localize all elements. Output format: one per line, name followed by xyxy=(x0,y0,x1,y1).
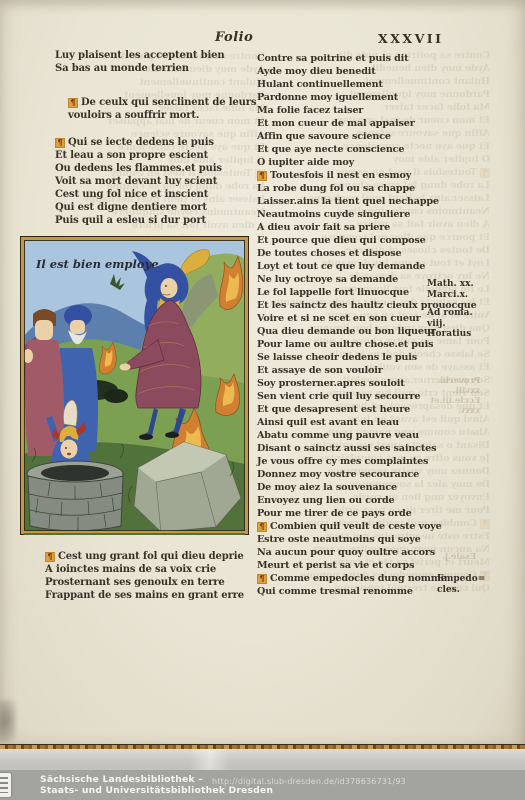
old-man-face xyxy=(70,320,85,334)
text-line: Neautmoins cuyde singuliere xyxy=(257,208,477,221)
text-line: Puis quil a esleu si dur port xyxy=(55,214,222,227)
text-line: vouloirs a souffrir mort. xyxy=(68,109,256,122)
margin-note-romans-chapter: viij. xyxy=(427,319,445,329)
digitized-manuscript-page: Contre sa poitrine et puis ditAyde moy d… xyxy=(0,0,525,800)
line-text: Sa bas au monde terrien xyxy=(55,63,189,74)
text-line: ¶Qui se iecte dedens le puis xyxy=(55,136,222,149)
line-text: Donnez moy vostre secourance xyxy=(257,469,419,480)
line-text: Na aucun pour quoy oultre accors xyxy=(257,547,435,558)
line-text: Le fol lappelle fort linuocque xyxy=(257,287,409,298)
line-text: Et assaye de son vouloir xyxy=(257,365,383,376)
line-text: Combien quil veult de ceste voye xyxy=(270,521,442,532)
text-line: Disant o sainctz aussi ses sainctes xyxy=(257,442,477,455)
ghost-line: Hulant continuellement xyxy=(60,76,265,89)
margin-note-mark: Marci.x. xyxy=(427,290,468,300)
line-text: Sen vient crie quil luy secourre xyxy=(257,391,420,402)
text-line: Contre sa poitrine et puis dit xyxy=(257,52,477,65)
paraph-mark: ¶ xyxy=(257,171,267,181)
line-text: Laisser.ains la tient quel nechappe xyxy=(257,196,439,207)
text-line: Hulant continuellement xyxy=(257,78,477,91)
ghost-margin-line: Eccle.iii.et xyxy=(430,396,480,406)
library-name-line2: Staats- und Universitätsbibliothek Dresd… xyxy=(40,785,273,796)
line-text: A ioinctes mains de sa voix crie xyxy=(45,564,216,575)
line-text: Qui se iecte dedens le puis xyxy=(68,137,214,148)
line-text: Qui comme tresmal renomme xyxy=(257,586,413,597)
text-line: Pour lame ou aultre chose.et puis xyxy=(257,338,477,351)
line-text: A dieu avoir fait sa priere xyxy=(257,222,390,233)
line-text: Disant o sainctz aussi ses sainctes xyxy=(257,443,436,454)
text-line: Affin que savoure science xyxy=(257,130,477,143)
text-line: Prosternant ses genoulx en terre xyxy=(45,576,244,589)
text-line: Et que aye necte conscience xyxy=(257,143,477,156)
folio-label: Folio xyxy=(215,30,253,45)
line-text: Hulant continuellement xyxy=(257,79,383,90)
margin-note-romans: Ad roma. xyxy=(427,308,473,318)
line-text: Et pource que dieu qui compose xyxy=(96,233,265,235)
line-text: De ceulx qui senclinent de leurs xyxy=(81,97,256,108)
margin-note-horatius: Horatius xyxy=(427,329,471,339)
left-column-intro: Luy plaisent les acceptent bienSa bas au… xyxy=(55,49,224,75)
line-text: Se laisse cheoir dedens le puis xyxy=(257,352,417,363)
paraph-mark: ¶ xyxy=(55,138,65,148)
line-text: O iupiter aide moy xyxy=(257,157,354,168)
text-line: ¶Combien quil veult de ceste voye xyxy=(257,520,477,533)
text-line: Envoyez ung lien ou corde xyxy=(257,494,477,507)
line-text: Meurt et perist sa vie et corps xyxy=(257,560,414,571)
text-line: A dieu avoir fait sa priere xyxy=(257,221,477,234)
line-text: Voire et si ne scet en son cueur xyxy=(257,313,421,324)
folio-number: XXXVII xyxy=(378,31,444,46)
text-line: Sa bas au monde terrien xyxy=(55,62,224,75)
left-column-verse-below-miniature: ¶Cest ung grant fol qui dieu deprieA ioi… xyxy=(45,550,244,602)
line-text: Contre sa poitrine et puis dit xyxy=(257,53,408,64)
line-text: Neautmoins cuyde singuliere xyxy=(257,209,410,220)
line-text: Et que aye necte conscience xyxy=(257,144,404,155)
text-line: ¶Cest ung grant fol qui dieu deprie xyxy=(45,550,244,563)
line-text: Proverbi. xyxy=(437,376,481,386)
text-line: Et pource que dieu qui compose xyxy=(257,234,477,247)
text-line: Cest ung fol nice et inscient xyxy=(55,188,222,201)
text-line: Frappant de ses mains en grant erre xyxy=(45,589,244,602)
line-text: xxxv. xyxy=(458,406,480,416)
line-text: Luy plaisent les acceptent bien xyxy=(55,50,224,61)
paraph-mark: ¶ xyxy=(480,519,490,529)
miniature-scene: Il est bien employe xyxy=(20,236,249,535)
line-text: Affin que savoure science xyxy=(257,131,391,142)
line-text: Voit sa mort devant luy scient xyxy=(55,176,217,187)
left-column-verse: ¶Qui se iecte dedens le puisEt leau a so… xyxy=(55,136,222,227)
digital-collection-url: http://digital.slub-dresden.de/id3786367… xyxy=(212,777,406,786)
ghost-margin-line: xxviii. xyxy=(430,386,480,396)
fool-face xyxy=(61,440,78,459)
text-line: La robe dung fol ou sa chappe xyxy=(257,182,477,195)
paraph-mark: ¶ xyxy=(68,98,78,108)
text-line: Je vous offre cy mes complaintes xyxy=(257,455,477,468)
ghost-margin-line: xxxv. xyxy=(430,406,480,416)
paraph-mark: ¶ xyxy=(480,168,490,178)
background-cloth xyxy=(0,749,525,770)
line-text: Pour lame ou aultre chose.et puis xyxy=(257,339,433,350)
line-text: Pardonne moy iguellement xyxy=(257,92,398,103)
line-text: Puis quil a esleu si dur port xyxy=(55,215,206,226)
paraph-mark: ¶ xyxy=(257,522,267,532)
text-line: Ayde moy dieu benedit xyxy=(257,65,477,78)
paraph-mark: ¶ xyxy=(45,552,55,562)
page-shadow xyxy=(0,700,16,742)
line-text: Loyt et tout ce que luy demande xyxy=(257,261,425,272)
text-line: O iupiter aide moy xyxy=(257,156,477,169)
text-line: Pardonne moy iguellement xyxy=(257,91,477,104)
line-text: Ma folie facez taiser xyxy=(257,105,363,116)
text-line: De moy aiez la souvenance xyxy=(257,481,477,494)
line-text: La robe dung fol ou sa chappe xyxy=(257,183,415,194)
text-line: Se laisse cheoir dedens le puis xyxy=(257,351,477,364)
line-text: Hulant continuellement xyxy=(139,77,265,88)
jester-face xyxy=(161,278,178,298)
text-line: Et leau a son propre escient xyxy=(55,149,222,162)
text-line: Donnez moy vostre secourance xyxy=(257,468,477,481)
line-text: Abatu comme ung pauvre veau xyxy=(257,430,419,441)
paraph-mark: ¶ xyxy=(257,574,267,584)
text-line: Pour me tirer de ce pays orde xyxy=(257,507,477,520)
line-text: Comme empedocles dung nomme xyxy=(270,573,447,584)
line-text: Pour me tirer de ce pays orde xyxy=(257,508,412,519)
text-line: Loyt et tout ce que luy demande xyxy=(257,260,477,273)
jester-hand xyxy=(120,364,131,371)
line-text: Ne luy octroye sa demande xyxy=(257,274,398,285)
text-line: Ou dedens les flammes.et puis xyxy=(55,162,222,175)
line-text: xxviii. xyxy=(453,386,481,396)
line-text: vouloirs a souffrir mort. xyxy=(68,110,199,121)
text-line: Laisser.ains la tient quel nechappe xyxy=(257,195,477,208)
line-text: Et mon cueur de mal appaiser xyxy=(257,118,415,129)
miniature-caption: Il est bien employe xyxy=(35,257,159,271)
line-text: Ainsi quil est avant en leau xyxy=(257,417,399,428)
margin-note-ghost-isaiah: Esaie.j. xyxy=(442,552,476,562)
line-text: Toutesfois il nest en esmoy xyxy=(270,170,411,181)
line-text: Prosternant ses genoulx en terre xyxy=(45,577,225,588)
text-line: Ma folie facez taiser xyxy=(257,104,477,117)
text-line: Et mon cueur de mal appaiser xyxy=(257,117,477,130)
jester-shoe xyxy=(139,434,153,440)
margin-note-empedocles-2: cles. xyxy=(437,585,460,595)
line-text: Envoyez ung lien ou corde xyxy=(257,495,395,506)
line-text: Ayde moy dieu benedit xyxy=(257,66,376,77)
jester-shoe xyxy=(165,432,179,438)
text-line: Estre oste neautmoins qui soye xyxy=(257,533,477,546)
left-column-rubric: ¶De ceulx qui senclinent de leursvouloir… xyxy=(68,96,256,122)
text-line: A ioinctes mains de sa voix crie xyxy=(45,563,244,576)
line-text: De toutes choses et dispose xyxy=(257,248,402,259)
slub-logo xyxy=(0,773,11,797)
line-text: Eccle.iii.et xyxy=(430,396,480,406)
text-line: De toutes choses et dispose xyxy=(257,247,477,260)
text-line: ¶De ceulx qui senclinent de leurs xyxy=(68,96,256,109)
line-text: Frappant de ses mains en grant erre xyxy=(45,590,244,601)
miniature-illustration: Il est bien employe xyxy=(20,236,249,535)
dark-bush xyxy=(104,389,128,403)
margin-note-empedocles: Empedo= xyxy=(437,574,485,584)
text-line: ¶Toutesfois il nest en esmoy xyxy=(257,169,477,182)
line-text: Et pource que dieu qui compose xyxy=(257,235,426,246)
line-text: Et que desapresent est heure xyxy=(257,404,410,415)
line-text: Et leau a son propre escient xyxy=(55,150,208,161)
line-text: Estre oste neautmoins qui soye xyxy=(257,534,421,545)
line-text: Je vous offre cy mes complaintes xyxy=(257,456,428,467)
library-footer-bar: Sächsische Landesbibliothek – Staats- un… xyxy=(0,770,525,800)
text-line: Ainsi quil est avant en leau xyxy=(257,416,477,429)
line-text: De moy aiez la souvenance xyxy=(257,482,397,493)
ghost-margin-line: Proverbi. xyxy=(430,376,480,386)
margin-note-ghost-proverbs: Proverbi.xxviii.Eccle.iii.etxxxv. xyxy=(430,376,480,416)
margin-note-matthew: Math. xx. xyxy=(427,279,474,289)
line-text: Soy prosterner.apres souloit xyxy=(257,378,405,389)
text-line: Voit sa mort devant luy scient xyxy=(55,175,222,188)
line-text: Cest ung grant fol qui dieu deprie xyxy=(58,551,244,562)
text-line: Abatu comme ung pauvre veau xyxy=(257,429,477,442)
line-text: Cest ung fol nice et inscient xyxy=(55,189,208,200)
ghost-line: Et pource que dieu qui compose xyxy=(60,232,265,235)
boy-face xyxy=(35,320,53,340)
well-opening xyxy=(41,465,109,481)
text-line: Luy plaisent les acceptent bien xyxy=(55,49,224,62)
text-line: Qui est digne dentiere mort xyxy=(55,201,222,214)
line-text: Qua dieu demande ou bon liqueur xyxy=(257,326,436,337)
line-text: Ou dedens les flammes.et puis xyxy=(55,163,222,174)
line-text: Qui est digne dentiere mort xyxy=(55,202,207,213)
well-body xyxy=(28,476,123,531)
